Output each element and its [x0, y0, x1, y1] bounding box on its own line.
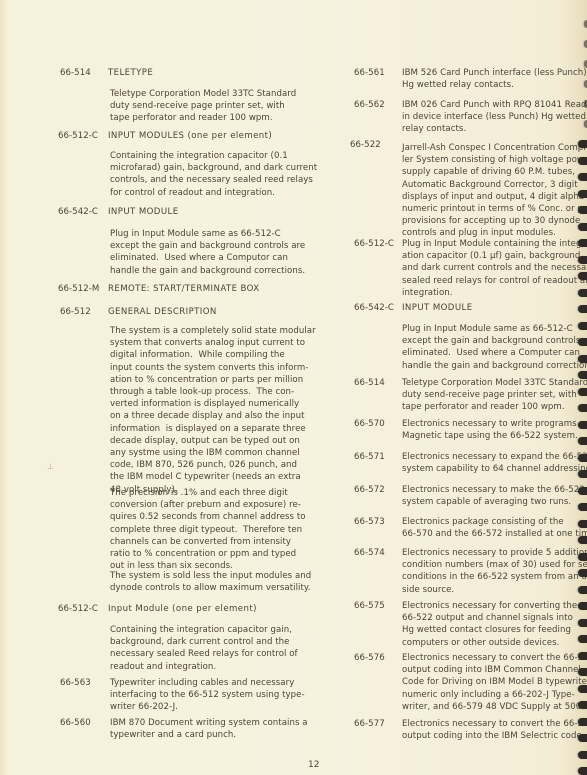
- description-line: numeric only including a 66-202-J Type-: [402, 689, 587, 701]
- description-line: Typewriter including cables and necessar…: [110, 677, 305, 689]
- description-line: provisions for accepting up to 30 dynode: [402, 215, 587, 227]
- description-line: Electronics necessary to provide 5 addit…: [402, 547, 587, 559]
- binding-ring: [578, 190, 587, 198]
- catalog-number: 66-512-C: [58, 603, 98, 615]
- description-line: for control of readout and integration.: [110, 187, 317, 199]
- paper-mark: ⊥: [47, 462, 51, 466]
- binding-ring: [578, 652, 587, 660]
- item-description: Electronics necessary to expand the 66-5…: [402, 451, 587, 475]
- item-title: GENERAL DESCRIPTION: [108, 306, 217, 318]
- description-line: dynode controls to allow maximum versati…: [110, 582, 311, 594]
- binding-ring: [578, 635, 587, 643]
- description-line: displays of input and output, 4 digit al…: [402, 191, 587, 203]
- binding-ring: [578, 322, 587, 330]
- description-line: conversion (after preburn and exposure) …: [110, 499, 306, 511]
- item-title: Input Module (one per element): [108, 603, 257, 615]
- description-line: 66-570 and the 66-572 installed at one t…: [402, 528, 587, 540]
- catalog-number: 66-563: [60, 677, 91, 689]
- item-description: Electronics necessary to write programs …: [402, 418, 587, 442]
- binding-ring: [578, 421, 587, 429]
- binding-ring: [578, 503, 587, 511]
- description-line: Plug in Input Module same as 66-512-C: [402, 323, 587, 335]
- catalog-number: 66-571: [354, 451, 385, 463]
- item-description: Electronics necessary to convert the 66-…: [402, 652, 587, 713]
- description-line: 66-522 output and channel signals into: [402, 612, 577, 624]
- item-description: Electronics necessary for converting the…: [402, 600, 577, 649]
- description-line: Automatic Background Corrector, 3 digit: [402, 179, 587, 191]
- description-line: the IBM model C typewriter (needs an ext…: [110, 471, 316, 483]
- binding-ring: [578, 173, 587, 181]
- description-line: sealed reed relays for control of readou…: [402, 275, 587, 287]
- item-title: INPUT MODULE: [402, 302, 473, 314]
- description-line: Containing the integration capacitor (0.…: [110, 150, 317, 162]
- catalog-number: 66-512-C: [58, 130, 98, 142]
- description-line: except the gain and background controls …: [110, 240, 305, 252]
- binding-ring: [578, 586, 587, 594]
- description-line: system capability to 64 channel addressi…: [402, 463, 587, 475]
- binding-ring: [578, 157, 587, 165]
- binding-ring: [578, 520, 587, 528]
- description-line: writer 66-202-J.: [110, 701, 305, 713]
- description-line: ratio to % concentration or ppm and type…: [110, 548, 306, 560]
- description-line: Electronics package consisting of the: [402, 516, 587, 528]
- catalog-number: 66-574: [354, 547, 385, 559]
- catalog-number: 66-514: [60, 67, 91, 79]
- description-line: Electronics necessary to make the 66-522: [402, 484, 585, 496]
- binding-ring: [578, 305, 587, 313]
- description-line: any systme using the IBM common channel: [110, 447, 316, 459]
- description-line: Hg wetted contact closures for feeding: [402, 624, 577, 636]
- binding-ring: [578, 272, 587, 280]
- item-description: Electronics necessary to convert the 66-…: [402, 718, 587, 742]
- description-line: Electronics necessary for converting the: [402, 600, 577, 612]
- description-line: Plug in Input Module same as 66-512-C: [110, 228, 305, 240]
- binding-ring: [578, 338, 587, 346]
- item-description: The system is sold less the input module…: [110, 570, 311, 594]
- item-description: Teletype Corporation Model 33TC Standard…: [402, 377, 587, 414]
- description-line: input counts the system converts this in…: [110, 362, 316, 374]
- description-line: ation to % concentration or parts per mi…: [110, 374, 316, 386]
- item-description: IBM 026 Card Punch with RPQ 81041 Read-i…: [402, 99, 587, 136]
- binding-ring: [578, 553, 587, 561]
- item-description: The precision is .1% and each three digi…: [110, 487, 306, 572]
- description-line: condition numbers (max of 30) used for s…: [402, 559, 587, 571]
- binding-ring: [578, 239, 587, 247]
- description-line: digital information. While compiling the: [110, 349, 316, 361]
- catalog-number: 66-522: [350, 139, 381, 151]
- binding-ring: [578, 718, 587, 726]
- description-line: through a table look-up process. The con…: [110, 386, 316, 398]
- description-line: numeric printout in terms of % Conc. or …: [402, 203, 587, 215]
- binding-ring: [578, 454, 587, 462]
- description-line: Magnetic tape using the 66-522 system.: [402, 430, 587, 442]
- description-line: writer, and 66-579 48 VDC Supply at 500 …: [402, 701, 587, 713]
- description-line: computers or other outside devices.: [402, 637, 577, 649]
- binding-ring: [578, 404, 587, 412]
- item-description: Containing the integration capacitor (0.…: [110, 150, 317, 199]
- description-line: necessary sealed Reed relays for control…: [110, 648, 298, 660]
- catalog-number: 66-575: [354, 600, 385, 612]
- description-line: microfarad) gain, background, and dark c…: [110, 162, 317, 174]
- description-line: The system is sold less the input module…: [110, 570, 311, 582]
- item-title: INPUT MODULE: [108, 206, 179, 218]
- binding-ring: [578, 767, 587, 775]
- description-line: except the gain and background controls …: [402, 335, 587, 347]
- item-description: Electronics package consisting of the66-…: [402, 516, 587, 540]
- binding-ring: [578, 569, 587, 577]
- description-line: Electronics necessary to expand the 66-5…: [402, 451, 587, 463]
- description-line: integration.: [402, 287, 587, 299]
- description-line: Electronics necessary to convert the 66-…: [402, 718, 587, 730]
- binding-ring: [578, 388, 587, 396]
- description-line: supply capable of driving 60 P.M. tubes,: [402, 166, 587, 178]
- description-line: system that converts analog input curren…: [110, 337, 316, 349]
- item-description: Electronics necessary to make the 66-522…: [402, 484, 585, 508]
- binding-ring: [578, 140, 587, 148]
- description-line: information is displayed on a separate t…: [110, 423, 316, 435]
- binding-ring: [578, 701, 587, 709]
- description-line: conditions in the 66-522 system from an …: [402, 571, 587, 583]
- description-line: Electronics necessary to write programs …: [402, 418, 587, 430]
- catalog-number: 66-512: [60, 306, 91, 318]
- catalog-number: 66-572: [354, 484, 385, 496]
- description-line: IBM 870 Document writing system contains…: [110, 717, 308, 729]
- description-line: Hg wetted relay contacts.: [402, 79, 587, 91]
- description-line: background, dark current control and the: [110, 636, 298, 648]
- description-line: channels can be converted from intensity: [110, 536, 306, 548]
- binding-ring: [578, 487, 587, 495]
- binding-ring: [578, 751, 587, 759]
- description-line: ler System consisting of high voltage po…: [402, 154, 587, 166]
- binding-ring: [578, 355, 587, 363]
- spiral-binding: [577, 0, 587, 775]
- description-line: interfacing to the 66-512 system using t…: [110, 689, 305, 701]
- binding-ring: [578, 536, 587, 544]
- description-line: duty send-receive page printer set, with: [110, 100, 296, 112]
- catalog-number: 66-512-M: [58, 283, 99, 295]
- description-line: Containing the integration capacitor gai…: [110, 624, 298, 636]
- description-line: readout and integration.: [110, 661, 298, 673]
- item-description: IBM 526 Card Punch interface (less Punch…: [402, 67, 587, 91]
- description-line: The system is a completely solid state m…: [110, 325, 316, 337]
- binding-ring: [578, 470, 587, 478]
- description-line: in device interface (less Punch) Hg wett…: [402, 111, 587, 123]
- description-line: relay contacts.: [402, 123, 587, 135]
- catalog-number: 66-512-C: [354, 238, 394, 250]
- description-line: IBM 026 Card Punch with RPQ 81041 Read-: [402, 99, 587, 111]
- item-description: Jarrell-Ash Conspec I Concentration Comp…: [402, 142, 587, 240]
- item-title: TELETYPE: [108, 67, 153, 79]
- item-title: REMOTE: START/TERMINATE BOX: [108, 283, 260, 295]
- description-line: code, IBM 870, 526 punch, 026 punch, and: [110, 459, 316, 471]
- catalog-number: 66-514: [354, 377, 385, 389]
- catalog-number: 66-570: [354, 418, 385, 430]
- item-description: Typewriter including cables and necessar…: [110, 677, 305, 714]
- binding-ring: [578, 206, 587, 214]
- binding-ring: [578, 602, 587, 610]
- description-line: eliminated. Used where a Computor can: [110, 252, 305, 264]
- item-description: The system is a completely solid state m…: [110, 325, 316, 496]
- description-line: The precision is .1% and each three digi…: [110, 487, 306, 499]
- binding-ring: [578, 223, 587, 231]
- binding-ring: [578, 619, 587, 627]
- document-page: 66-514TELETYPETeletype Corporation Model…: [0, 0, 587, 775]
- description-line: duty send-receive page printer set, with: [402, 389, 587, 401]
- binding-ring: [578, 256, 587, 264]
- description-line: on a three decade display and also the i…: [110, 410, 316, 422]
- item-description: Plug in Input Module same as 66-512-Cexc…: [402, 323, 587, 372]
- item-description: Containing the integration capacitor gai…: [110, 624, 298, 673]
- description-line: output coding into IBM Common Channel: [402, 664, 587, 676]
- catalog-number: 66-561: [354, 67, 385, 79]
- catalog-number: 66-577: [354, 718, 385, 730]
- description-line: complete three digit typeout. Therefore …: [110, 524, 306, 536]
- description-line: output coding into the IBM Selectric cod…: [402, 730, 587, 742]
- binding-ring: [578, 734, 587, 742]
- item-description: IBM 870 Document writing system contains…: [110, 717, 308, 741]
- description-line: system capable of averaging two runs.: [402, 496, 585, 508]
- description-line: decade display, output can be typed out …: [110, 435, 316, 447]
- description-line: Teletype Corporation Model 33TC Standard: [110, 88, 296, 100]
- binding-ring: [578, 437, 587, 445]
- description-line: verted information is displayed numerica…: [110, 398, 316, 410]
- description-line: side source.: [402, 584, 587, 596]
- description-line: Teletype Corporation Model 33TC Standard: [402, 377, 587, 389]
- description-line: Code for Driving on IBM Model B typewrit…: [402, 676, 587, 688]
- binding-ring: [578, 371, 587, 379]
- description-line: eliminated. Used where a Computer can: [402, 347, 587, 359]
- page-number: 12: [308, 760, 319, 770]
- description-line: and dark current controls and the necess…: [402, 262, 587, 274]
- binding-ring: [578, 668, 587, 676]
- catalog-number: 66-542-C: [58, 206, 98, 218]
- binding-ring: [578, 289, 587, 297]
- item-description: Electronics necessary to provide 5 addit…: [402, 547, 587, 596]
- description-line: tape perforator and reader 100 wpm.: [110, 112, 296, 124]
- description-line: handle the gain and background correctio…: [110, 265, 305, 277]
- catalog-number: 66-576: [354, 652, 385, 664]
- description-line: Jarrell-Ash Conspec I Concentration Comp…: [402, 142, 587, 154]
- description-line: handle the gain and background correctio…: [402, 360, 587, 372]
- description-line: ation capacitor (0.1 µf) gain, backgroun…: [402, 250, 587, 262]
- description-line: Electronics necessary to convert the 66-…: [402, 652, 587, 664]
- description-line: IBM 526 Card Punch interface (less Punch…: [402, 67, 587, 79]
- item-description: Plug in Input Module containing the inte…: [402, 238, 587, 299]
- description-line: controls, and the necessary sealed reed …: [110, 174, 317, 186]
- item-title: INPUT MODULES (one per element): [108, 130, 272, 142]
- catalog-number: 66-562: [354, 99, 385, 111]
- description-line: quires 0.52 seconds from channel address…: [110, 511, 306, 523]
- item-description: Teletype Corporation Model 33TC Standard…: [110, 88, 296, 125]
- description-line: tape perforator and reader 100 wpm.: [402, 401, 587, 413]
- binding-ring: [578, 685, 587, 693]
- catalog-number: 66-573: [354, 516, 385, 528]
- description-line: Plug in Input Module containing the inte…: [402, 238, 587, 250]
- catalog-number: 66-542-C: [354, 302, 394, 314]
- description-line: typewriter and a card punch.: [110, 729, 308, 741]
- catalog-number: 66-560: [60, 717, 91, 729]
- item-description: Plug in Input Module same as 66-512-Cexc…: [110, 228, 305, 277]
